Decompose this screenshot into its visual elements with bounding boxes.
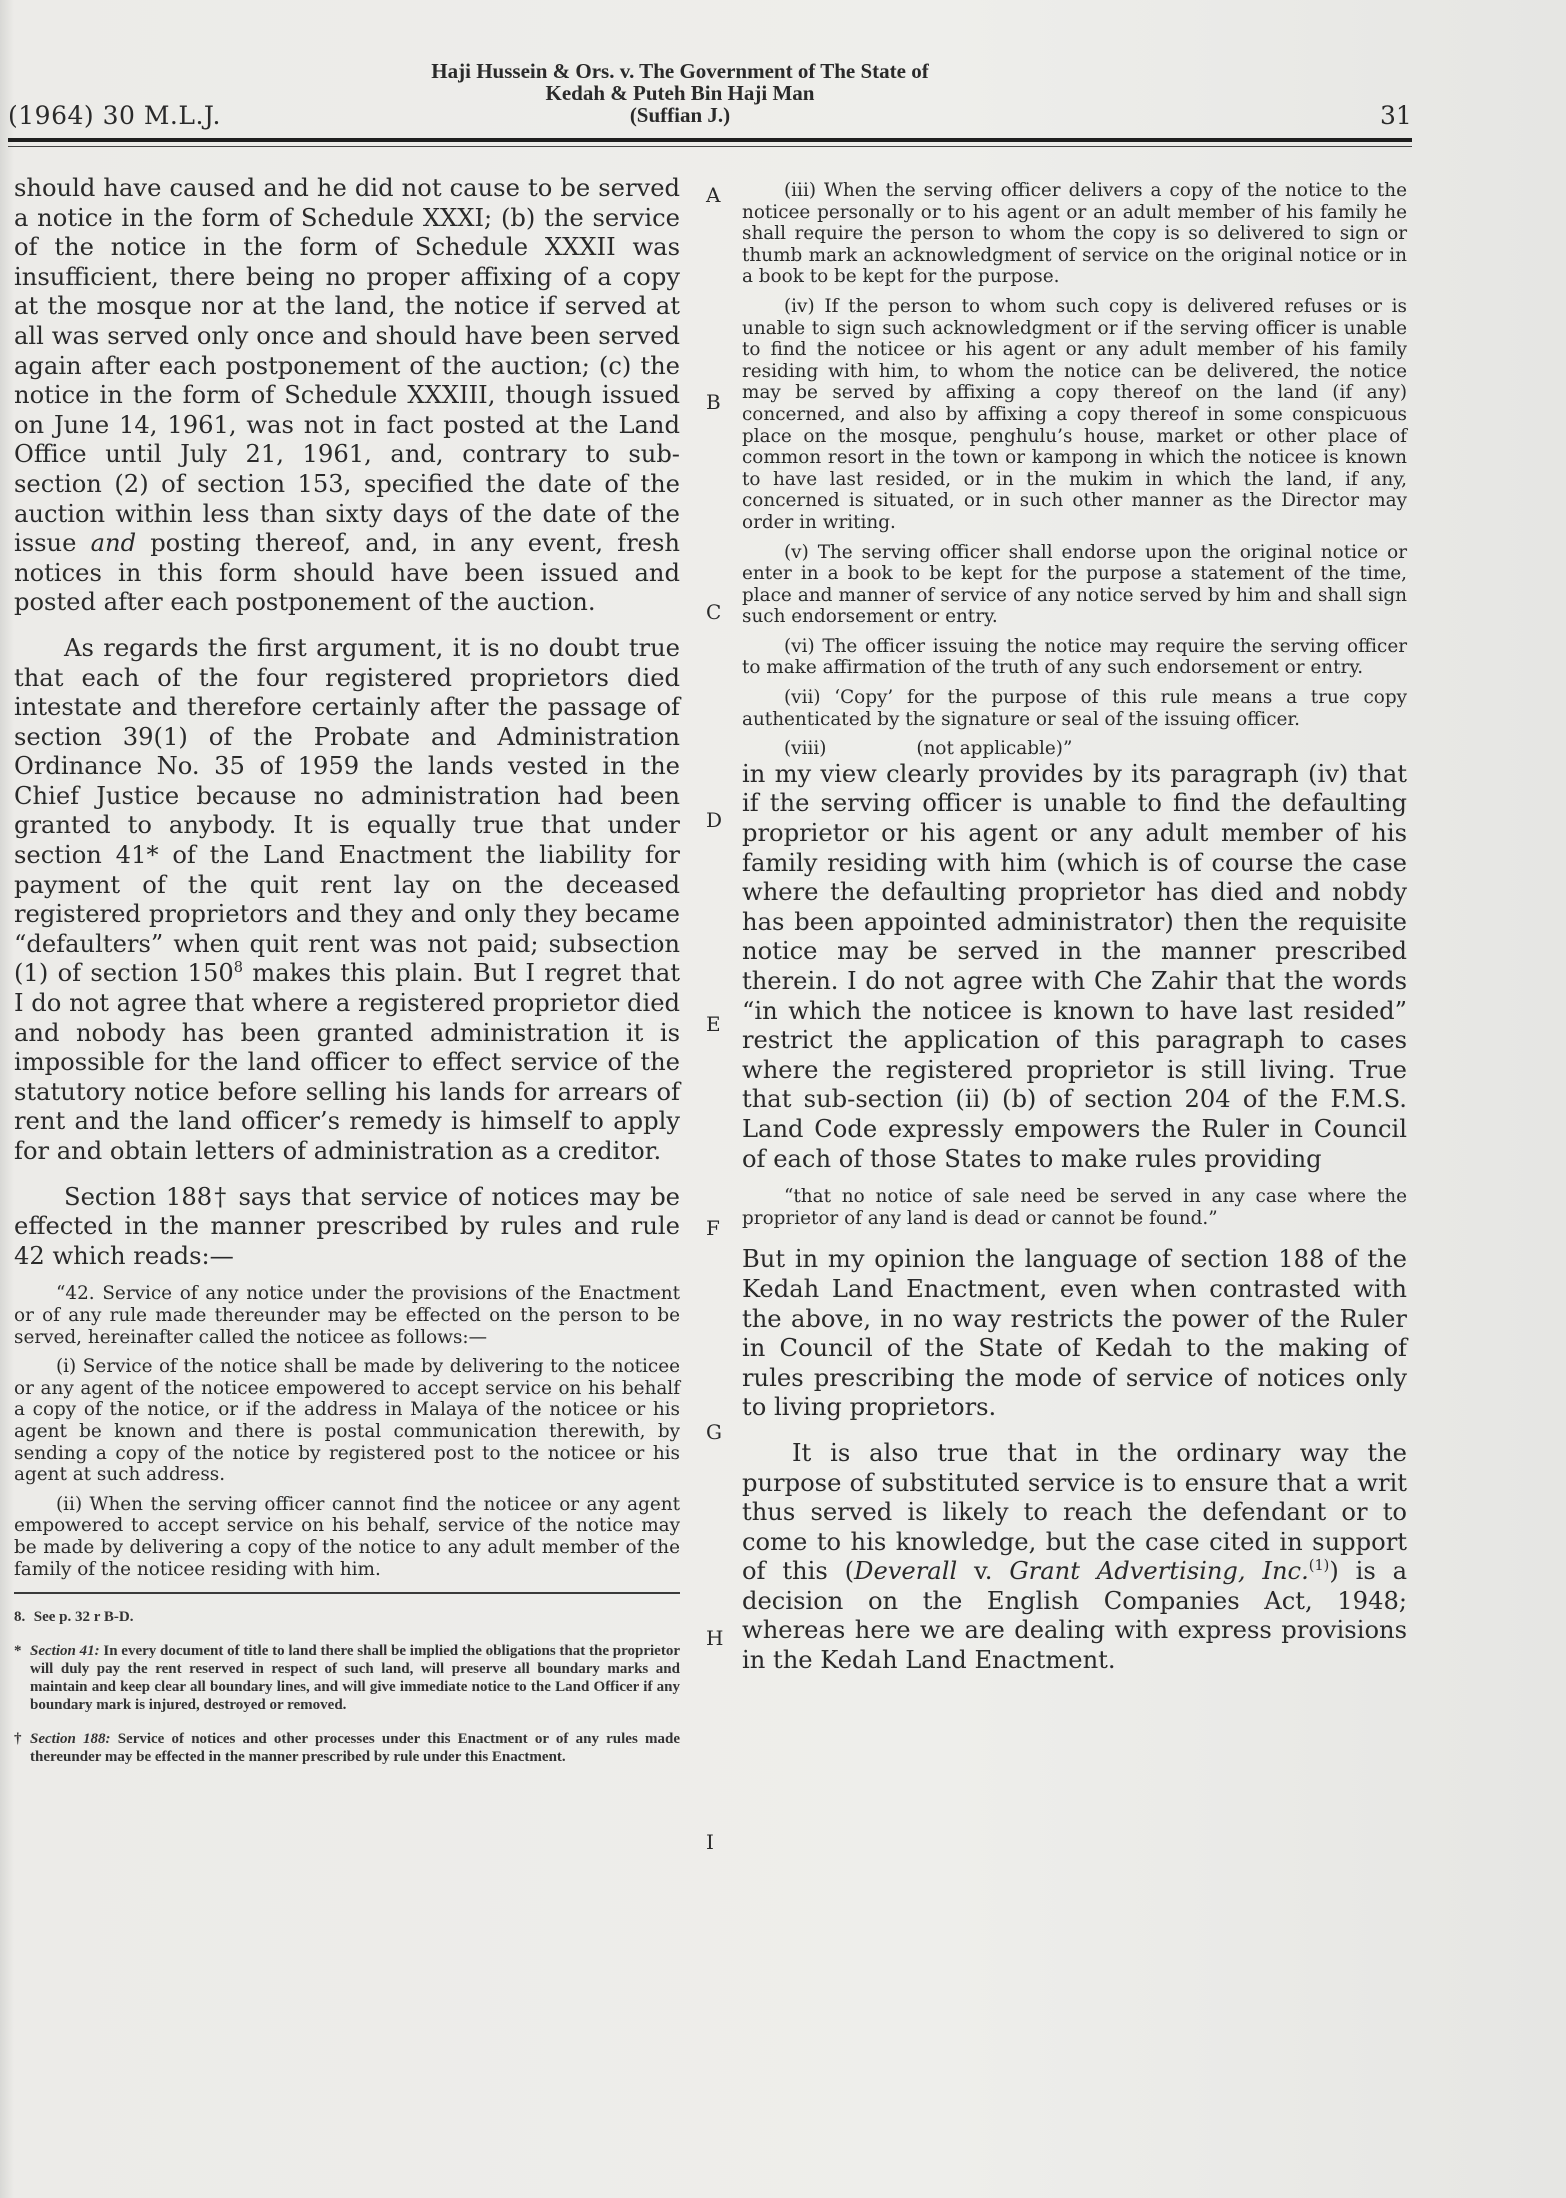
case-title-line-1: Haji Hussein & Ors. v. The Government of… <box>300 60 1060 82</box>
rule-42-clause-vi: (vi) The officer issuing the notice may … <box>742 636 1407 679</box>
footnote-section-41: *Section 41: In every document of title … <box>14 1642 680 1714</box>
case-title-line-2: Kedah & Puteh Bin Haji Man <box>300 82 1060 104</box>
header-rule-thick <box>8 138 1412 142</box>
rule-42-clause-viii: (viii)(not applicable)” <box>742 738 1407 760</box>
rule-42-clause-vii: (vii) ‘Copy’ for the purpose of this rul… <box>742 687 1407 730</box>
case-title: Haji Hussein & Ors. v. The Government of… <box>300 60 1060 126</box>
document-page: (1964) 30 M.L.J. Haji Hussein & Ors. v. … <box>0 0 1566 2198</box>
header-rule-thin <box>8 146 1412 147</box>
margin-letter-h: H <box>706 1626 723 1650</box>
paragraph-interpretation: in my view clearly provides by its parag… <box>742 760 1407 1174</box>
fms-land-code-quote: “that no notice of sale need be served i… <box>742 1186 1407 1229</box>
rule-42-clause-iii: (iii) When the serving officer delivers … <box>742 180 1407 288</box>
paragraph-substituted-service: It is also true that in the ordinary way… <box>742 1439 1407 1676</box>
paragraph-arguments: should have caused and he did not cause … <box>14 174 680 618</box>
margin-letter-b: B <box>706 390 721 414</box>
paragraph-section-188: Section 188† says that service of notice… <box>14 1183 680 1272</box>
margin-letter-f: F <box>706 1216 720 1240</box>
case-name-deverall: Deverall <box>854 1557 957 1585</box>
right-column: (iii) When the serving officer delivers … <box>742 180 1407 1676</box>
margin-letter-g: G <box>706 1420 722 1444</box>
report-citation: (1964) 30 M.L.J. <box>8 101 221 130</box>
margin-letter-e: E <box>706 1012 721 1036</box>
rule-42-clause-i: (i) Service of the notice shall be made … <box>14 1356 680 1486</box>
margin-letter-c: C <box>706 600 721 624</box>
margin-letter-d: D <box>706 808 722 832</box>
paragraph-first-argument: As regards the first argument, it is no … <box>14 634 680 1167</box>
judge-name: (Suffian J.) <box>300 104 1060 126</box>
page-number: 31 <box>1380 101 1412 130</box>
footnote-divider <box>14 1592 680 1594</box>
rule-42-intro: “42. Service of any notice under the pro… <box>14 1283 680 1348</box>
citation-ref-1[interactable]: (1) <box>1309 1558 1330 1574</box>
margin-letter-i: I <box>706 1830 714 1854</box>
footnote-section-188: †Section 188: Service of notices and oth… <box>14 1730 680 1766</box>
footnote-ref-8[interactable]: 8 <box>234 960 243 976</box>
rule-42-clause-ii: (ii) When the serving officer cannot fin… <box>14 1494 680 1580</box>
left-column: should have caused and he did not cause … <box>14 174 680 1766</box>
case-name-grant-advertising: Grant Advertising, Inc. <box>1009 1557 1308 1585</box>
rule-42-clause-iv: (iv) If the person to whom such copy is … <box>742 296 1407 534</box>
margin-letter-a: A <box>706 183 720 207</box>
footnote-8: 8. See p. 32 r B-D. <box>14 1608 680 1626</box>
paragraph-kedah-enactment: But in my opinion the language of sectio… <box>742 1245 1407 1423</box>
rule-42-clause-v: (v) The serving officer shall endorse up… <box>742 542 1407 628</box>
